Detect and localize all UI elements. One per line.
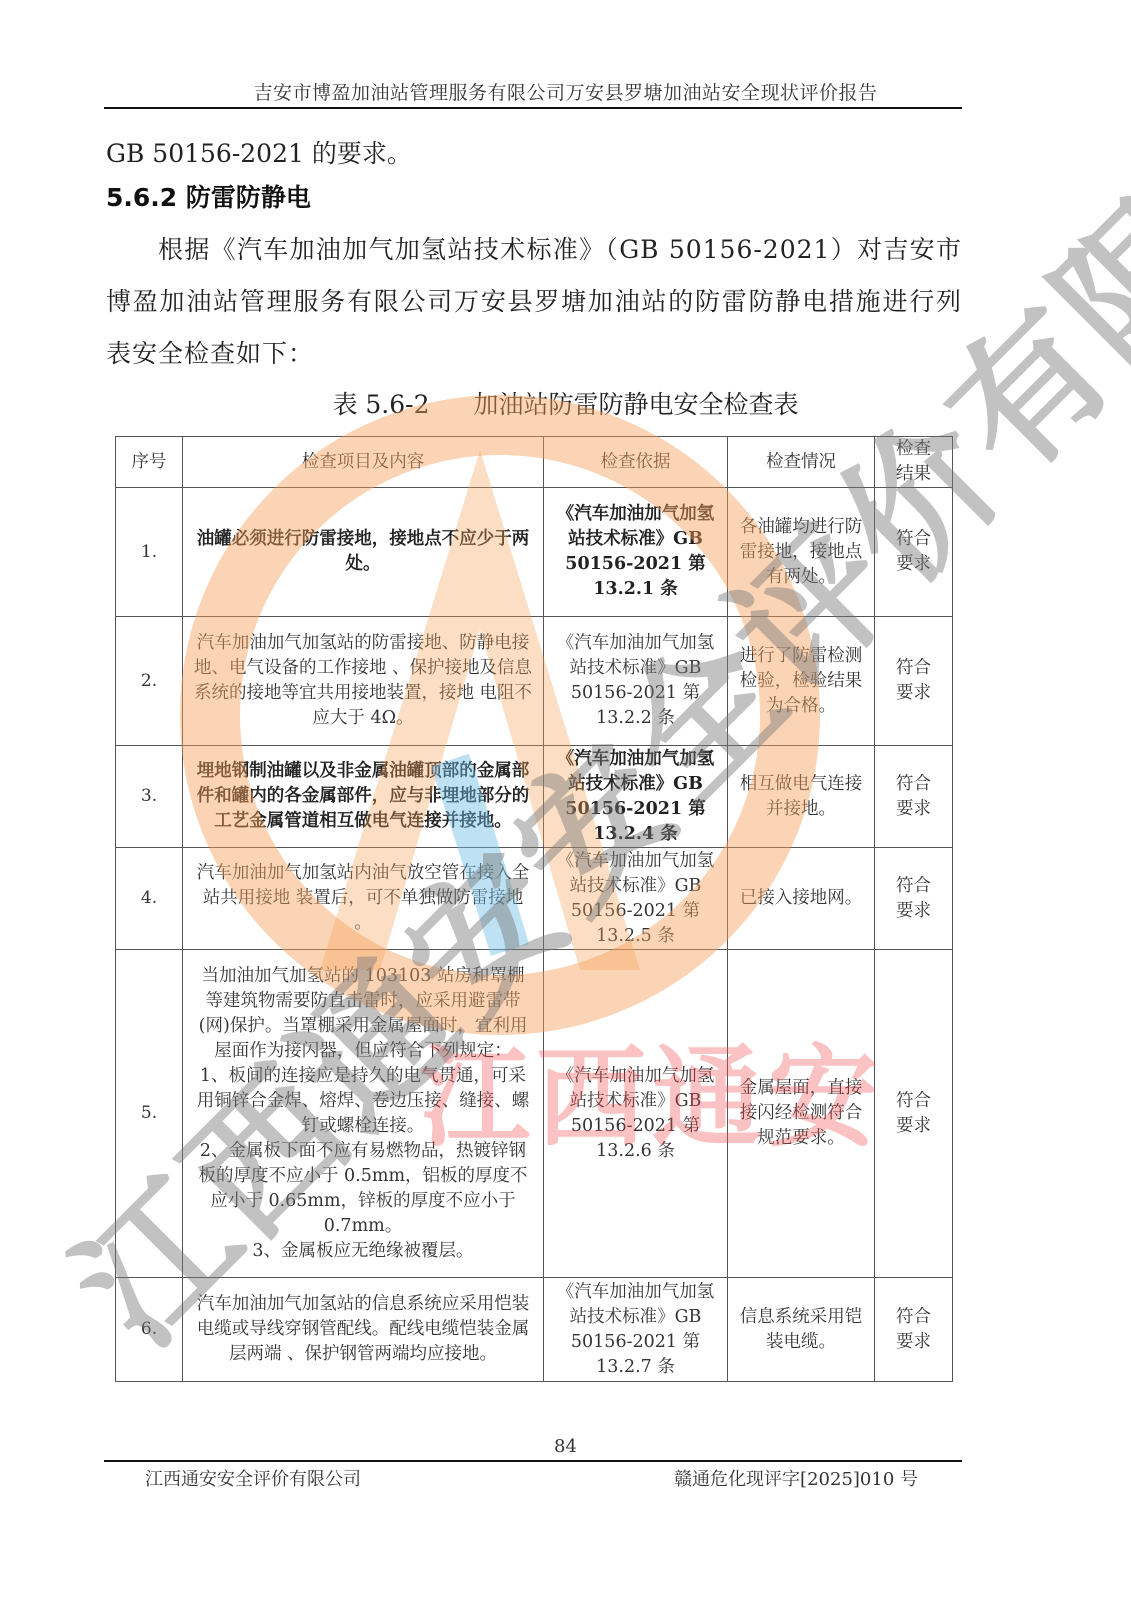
table-caption-number: 表 5.6-2 [332,390,429,419]
row-basis: 《汽车加油加气加氢站技术标准》GB 50156-2021 第 13.2.5 条 [544,848,728,950]
row-seq: 3. [116,746,183,848]
row-basis: 《汽车加油加气加氢站技术标准》GB 50156-2021 第 13.2.6 条 [544,950,728,1278]
row-seq: 4. [116,848,183,950]
row-basis: 《汽车加油加气加氢站技术标准》GB 50156-2021 第 13.2.7 条 [544,1278,728,1382]
row-status: 各油罐均进行防雷接地，接地点有两处。 [728,488,875,617]
row-seq: 6. [116,1278,183,1382]
table-row: 1. 油罐必须进行防雷接地，接地点不应少于两处。 《汽车加油加气加氢站技术标准》… [116,488,953,617]
running-header-title: 吉安市博盈加油站管理服务有限公司万安县罗塘加油站安全现状评价报告 [0,78,1131,105]
table-row: 2. 汽车加油加气加氢站的防雷接地、防静电接地、电气设备的工作接地 、保护接地及… [116,617,953,746]
row-result: 符合要求 [875,746,953,848]
row-status: 相互做电气连接并接地。 [728,746,875,848]
table-header-row: 序号 检查项目及内容 检查依据 检查情况 检查结果 [116,437,953,488]
intro-paragraph: 根据《汽车加油加气加氢站技术标准》（GB 50156-2021）对吉安市博盈加油… [106,224,962,380]
row-result: 符合要求 [875,1278,953,1382]
row-seq: 1. [116,488,183,617]
row-result: 符合要求 [875,488,953,617]
row-result: 符合要求 [875,950,953,1278]
row-basis: 《汽车加油加气加氢站技术标准》GB 50156-2021 第 13.2.1 条 [544,488,728,617]
footer-company: 江西通安安全评价有限公司 [145,1465,361,1491]
footer-report-code: 赣通危化现评字[2025]010 号 [674,1465,918,1491]
header-status: 检查情况 [728,437,875,488]
table-caption-title: 加油站防雷防静电安全检查表 [474,390,799,419]
lightning-protection-check-table: 序号 检查项目及内容 检查依据 检查情况 检查结果 1. 油罐必须进行防雷接地，… [115,436,953,1382]
table-row: 4. 汽车加油加气加氢站内油气放空管在接入全站共用接地 装置后，可不单独做防雷接… [116,848,953,950]
row-item-line: 2、金属板下面不应有易燃物品，热镀锌钢板的厚度不应小于 0.5mm，铝板的厚度不… [193,1139,533,1239]
table-caption: 表 5.6-2加油站防雷防静电安全检查表 [0,385,1131,421]
section-heading: 5.6.2 防雷防静电 [106,178,311,214]
row-item: 埋地钢制油罐以及非金属油罐顶部的金属部件和罐内的各金属部件，应与非埋地部分的工艺… [183,746,544,848]
row-basis: 《汽车加油加气加氢站技术标准》GB 50156-2021 第 13.2.4 条 [544,746,728,848]
row-status: 信息系统采用铠装电缆。 [728,1278,875,1382]
continued-text: GB 50156-2021 的要求。 [106,128,962,180]
row-item: 汽车加油加气加氢站的信息系统应采用恺装电缆或导线穿钢管配线。配线电缆恺装金属层两… [183,1278,544,1382]
row-item: 汽车加油加气加氢站内油气放空管在接入全站共用接地 装置后，可不单独做防雷接地 。 [183,848,544,950]
row-item: 当加油加气加氢站的 103103 站房和罩棚等建筑物需要防直击雷时，应采用避雷带… [183,950,544,1278]
row-item-line: 1、板间的连接应是持久的电气贯通，可采用铜锌合金焊、熔焊、卷边压接、缝接、螺钉或… [193,1064,533,1139]
row-result: 符合要求 [875,848,953,950]
header-divider [104,107,962,109]
row-item-line: 3、金属板应无绝缘被覆层。 [193,1239,533,1264]
table-row: 3. 埋地钢制油罐以及非金属油罐顶部的金属部件和罐内的各金属部件，应与非埋地部分… [116,746,953,848]
footer-divider [104,1460,962,1462]
row-item: 汽车加油加气加氢站的防雷接地、防静电接地、电气设备的工作接地 、保护接地及信息系… [183,617,544,746]
row-status: 进行了防雷检测检验，检验结果为合格。 [728,617,875,746]
row-seq: 2. [116,617,183,746]
row-result: 符合要求 [875,617,953,746]
row-basis: 《汽车加油加气加氢站技术标准》GB 50156-2021 第 13.2.2 条 [544,617,728,746]
page-number: 84 [0,1436,1131,1457]
header-seq: 序号 [116,437,183,488]
row-item: 油罐必须进行防雷接地，接地点不应少于两处。 [183,488,544,617]
header-basis: 检查依据 [544,437,728,488]
header-item: 检查项目及内容 [183,437,544,488]
header-result: 检查结果 [875,437,953,488]
row-status: 已接入接地网。 [728,848,875,950]
row-seq: 5. [116,950,183,1278]
row-status: 金属屋面，直接接闪经检测符合规范要求。 [728,950,875,1278]
table-row: 5. 当加油加气加氢站的 103103 站房和罩棚等建筑物需要防直击雷时，应采用… [116,950,953,1278]
table-row: 6. 汽车加油加气加氢站的信息系统应采用恺装电缆或导线穿钢管配线。配线电缆恺装金… [116,1278,953,1382]
row-item-line: 当加油加气加氢站的 103103 站房和罩棚等建筑物需要防直击雷时，应采用避雷带… [193,964,533,1064]
